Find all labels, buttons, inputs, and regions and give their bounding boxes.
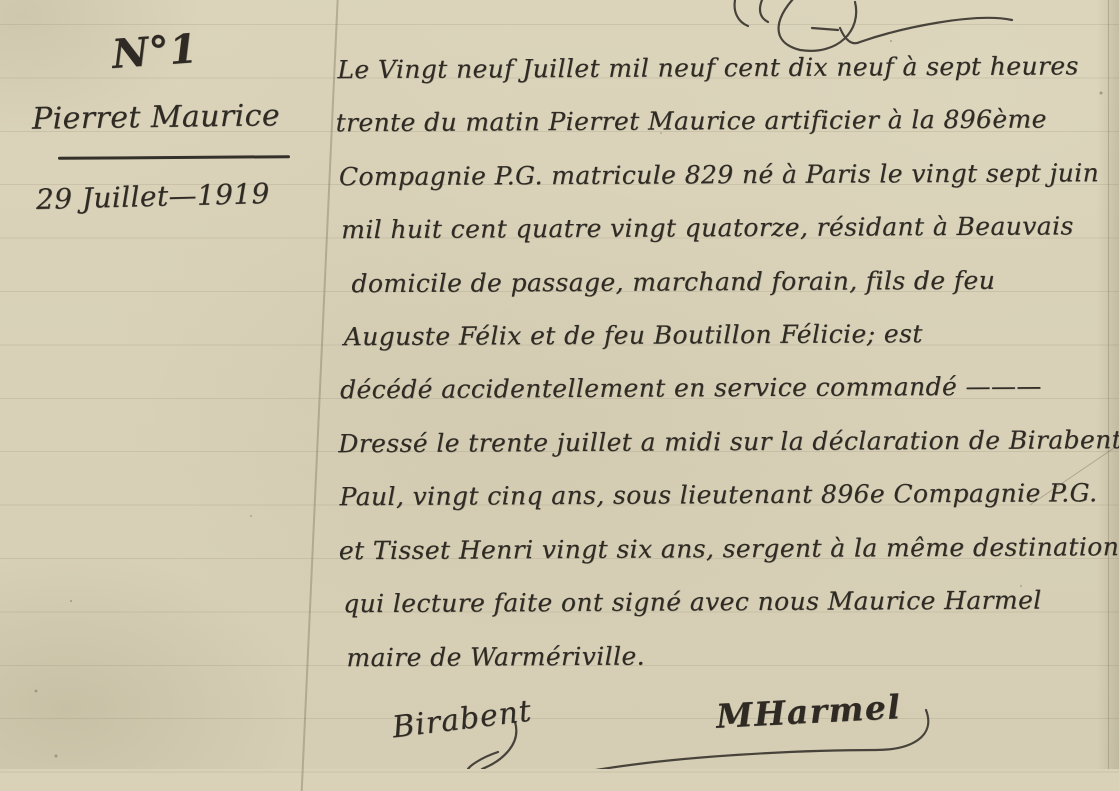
act-line: maire de Warmériville. <box>346 642 645 673</box>
act-line: Compagnie P.G. matricule 829 né à Paris … <box>339 158 1099 191</box>
act-line: Auguste Félix et de feu Boutillon Félici… <box>344 319 923 351</box>
act-line: domicile de passage, marchand forain, fi… <box>351 266 995 298</box>
register-page: N°1 Pierret Maurice 29 Juillet—1919 Le V… <box>0 0 1119 769</box>
act-line: et Tisset Henri vingt six ans, sergent à… <box>339 532 1119 565</box>
act-line: mil huit cent quatre vingt quatorze, rés… <box>341 211 1074 244</box>
act-line: Dressé le trente juillet a midi sur la d… <box>338 425 1119 458</box>
act-line: Le Vingt neuf Juillet mil neuf cent dix … <box>337 51 1079 84</box>
act-line: trente du matin Pierret Maurice artifici… <box>336 105 1047 138</box>
act-line: décédé accidentellement en service comma… <box>340 372 1042 405</box>
act-line: qui lecture faite ont signé avec nous Ma… <box>343 586 1042 619</box>
act-text-block: Le Vingt neuf Juillet mil neuf cent dix … <box>0 0 1119 769</box>
act-line: Paul, vingt cinq ans, sous lieutenant 89… <box>340 478 1098 511</box>
